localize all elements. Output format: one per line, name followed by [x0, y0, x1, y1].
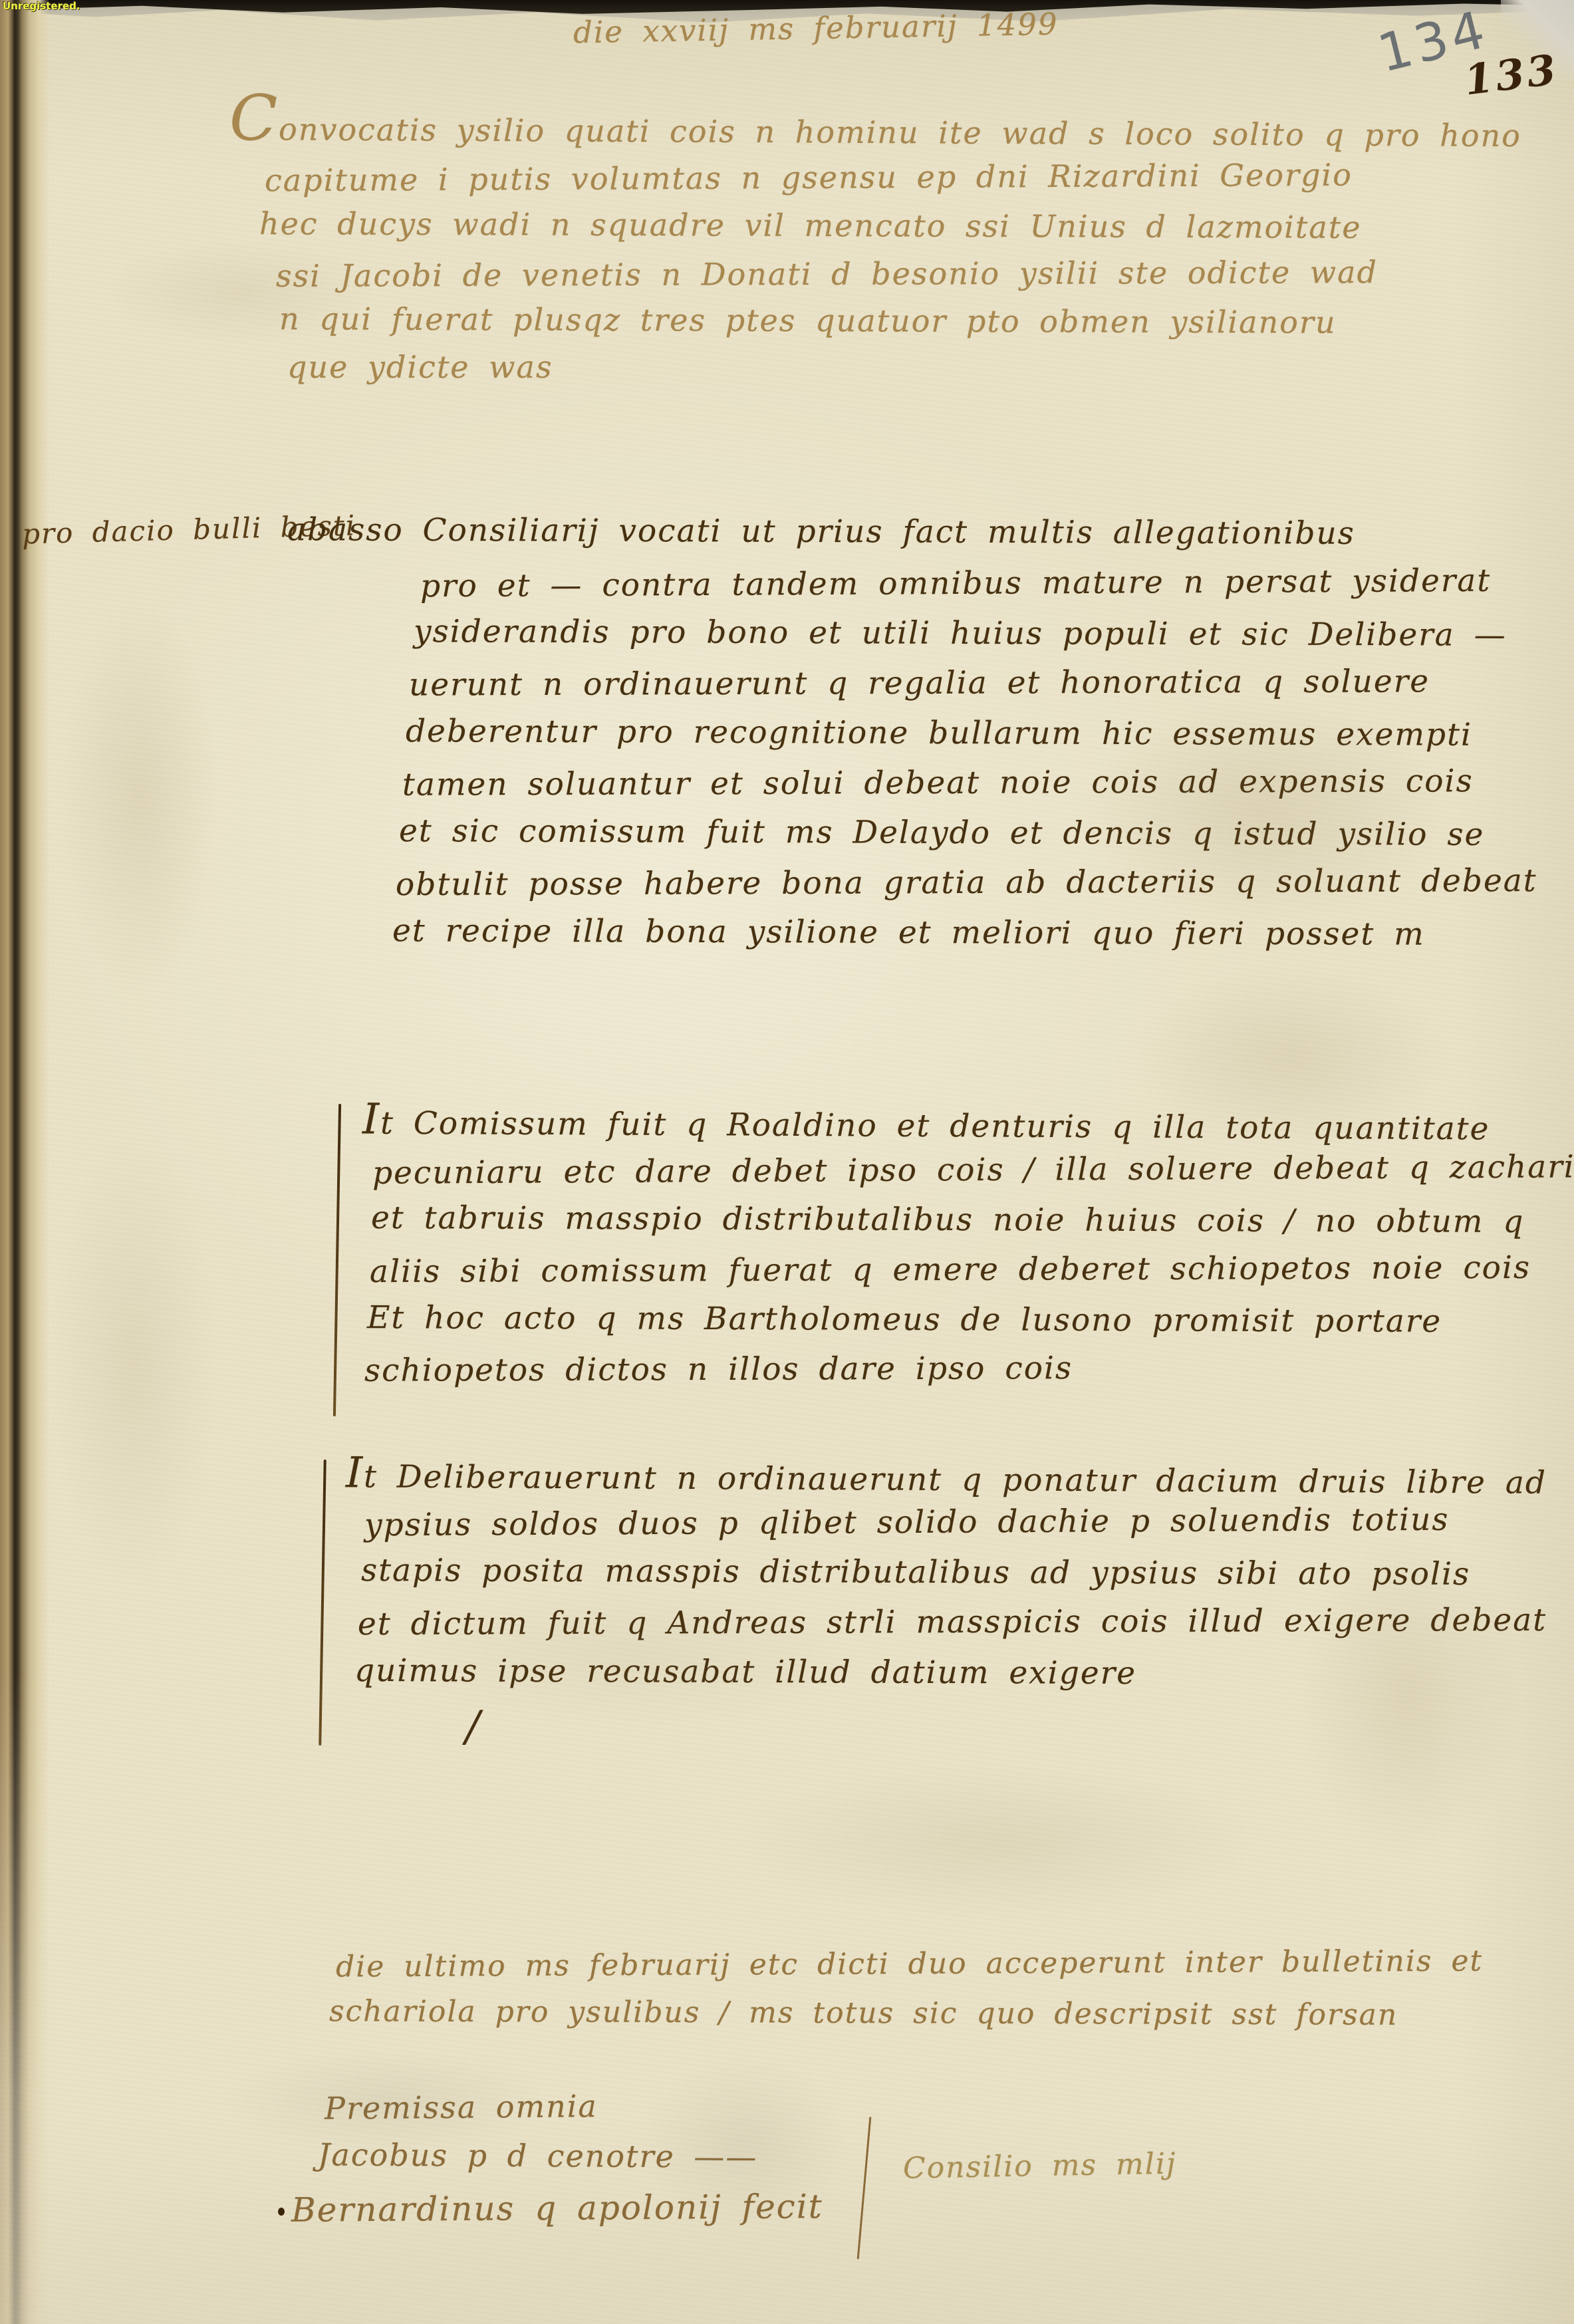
manuscript-line: aliis sibi comissum fuerat q emere deber… [370, 1249, 1531, 1290]
manuscript-line: schiopetos dictos n illos dare ipso cois [364, 1350, 1073, 1389]
manuscript-line: schariola pro ysulibus / ms totus sic qu… [329, 1994, 1398, 2032]
manuscript-line: n qui fuerat plusqz tres ptes quatuor pt… [279, 301, 1337, 340]
manuscript-line: tamen soluantur et solui debeat noie coi… [402, 763, 1474, 803]
ink-bleedthrough [47, 1130, 219, 1596]
manuscript-line: die ultimo ms februarij etc dicti duo ac… [336, 1944, 1483, 1984]
manuscript-line: stapis posita masspis distributalibus ad… [361, 1552, 1470, 1593]
manuscript-line: ypsius soldos duos p qlibet solido dachi… [364, 1501, 1450, 1544]
manuscript-line: uerunt n ordinauerunt q regalia et honor… [409, 663, 1430, 703]
paragraph-bracket [333, 1104, 341, 1416]
manuscript-line: capitume i putis volumtas n gsensu ep dn… [265, 157, 1353, 199]
manuscript-line: It Comissum fuit q Roaldino et denturis … [362, 1095, 1490, 1150]
signature-line: Consilio ms mlij [903, 2146, 1177, 2185]
ink-bleedthrough [731, 1762, 1263, 1922]
signature-line: Jacobus p d cenotre —— [318, 2136, 758, 2174]
ink-flourish: / [465, 1702, 481, 1751]
folio-number-ink: 133 [1462, 45, 1561, 105]
date-header: die xxviij ms februarij 1499 [573, 7, 1059, 51]
signature-line: Bernardinus q apolonij fecit [291, 2187, 823, 2230]
manuscript-line: obtulit posse habere bona gratia ab dact… [396, 862, 1537, 903]
ink-bleedthrough [60, 598, 219, 997]
manuscript-line: ysiderandis pro bono et utili huius popu… [414, 613, 1507, 654]
manuscript-line: Et hoc acto q ms Bartholomeus de lusono … [367, 1299, 1442, 1340]
manuscript-line: et dictum fuit q Andreas strli masspicis… [358, 1602, 1547, 1642]
ink-blot [278, 2208, 285, 2216]
manuscript-line: Convocatis ysilio quati cois n hominu it… [229, 96, 1521, 154]
manuscript-line: deberentur pro recognitione bullarum hic… [406, 713, 1472, 753]
manuscript-line: hec ducys wadi n squadre vil mencato ssi… [259, 205, 1362, 245]
manuscript-line: pro et — contra tandem omnibus mature n … [420, 563, 1492, 604]
manuscript-line: ssi Jacobi de venetis n Donati d besonio… [276, 254, 1378, 294]
manuscript-line: quimus ipse recusabat illud datium exige… [354, 1652, 1136, 1692]
scanner-watermark: Unregistered. [3, 0, 80, 12]
manuscript-line: et sic comissum fuit ms Delaydo et denci… [399, 813, 1485, 853]
signature-line: Premissa omnia [325, 2088, 598, 2127]
manuscript-line: pecuniaru etc dare debet ipso cois / ill… [372, 1148, 1574, 1192]
manuscript-page: Unregistered. 134 133 die xxviij ms febr… [0, 0, 1574, 2324]
manuscript-line: et tabruis masspio distributalibus noie … [371, 1200, 1525, 1240]
manuscript-line: abasso Consiliarij vocati ut prius fact … [287, 511, 1355, 552]
manuscript-line: It Deliberauerunt n ordinauerunt q ponat… [346, 1448, 1547, 1503]
manuscript-line: et recipe illa bona ysilione et meliori … [392, 912, 1425, 952]
book-gutter-edge [0, 0, 49, 2324]
signature-divider [857, 2117, 872, 2259]
manuscript-line: que ydicte was [287, 349, 553, 385]
paragraph-bracket [319, 1460, 327, 1745]
